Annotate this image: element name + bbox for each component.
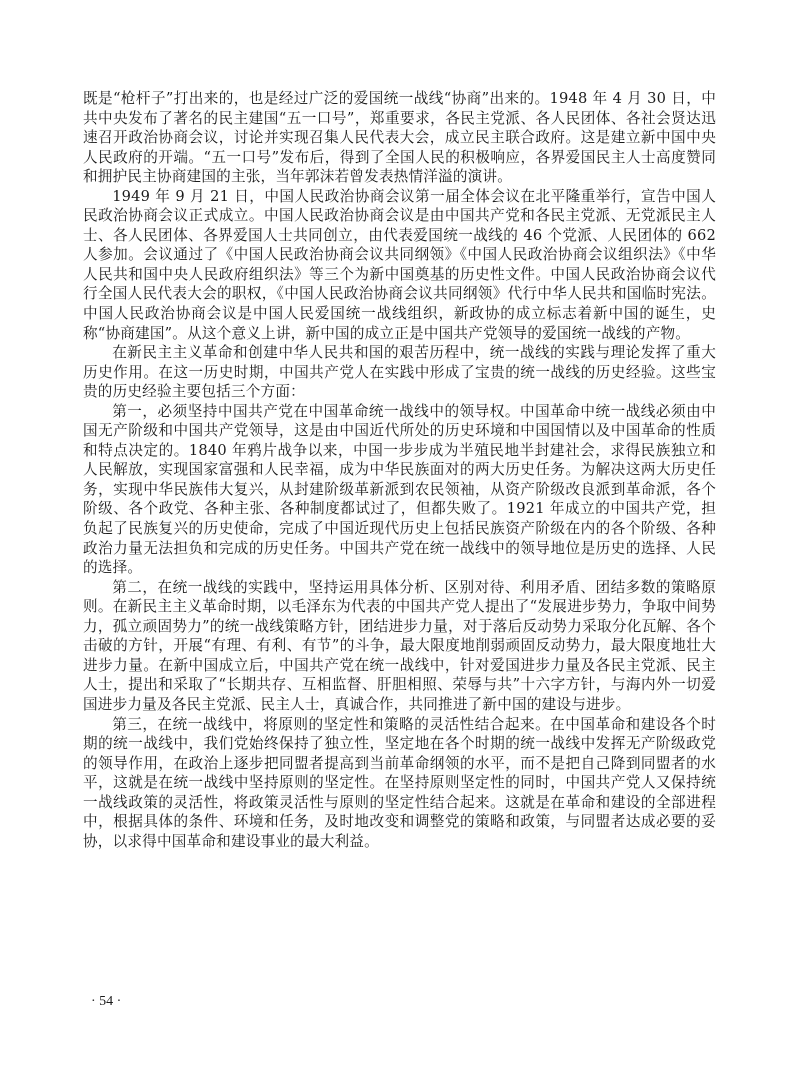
paragraph-4: 第一，必须坚持中国共产党在中国革命统一战线中的领导权。中国革命中统一战线必须由中… bbox=[83, 402, 716, 578]
paragraph-5: 第二，在统一战线的实践中，坚持运用具体分析、区别对待、利用矛盾、团结多数的策略原… bbox=[83, 578, 716, 715]
document-body: 既是“枪杆子”打出来的，也是经过广泛的爱国统一战线“协商”出来的。1948 年 … bbox=[83, 89, 716, 851]
paragraph-3: 在新民主主义革命和创建中华人民共和国的艰苦历程中，统一战线的实践与理论发挥了重大… bbox=[83, 343, 716, 402]
paragraph-2: 1949 年 9 月 21 日，中国人民政治协商会议第一届全体会议在北平隆重举行… bbox=[83, 187, 716, 343]
paragraph-1: 既是“枪杆子”打出来的，也是经过广泛的爱国统一战线“协商”出来的。1948 年 … bbox=[83, 89, 716, 187]
paragraph-6: 第三，在统一战线中，将原则的坚定性和策略的灵活性结合起来。在中国革命和建设各个时… bbox=[83, 715, 716, 852]
page-number: · 54 · bbox=[91, 994, 121, 1010]
